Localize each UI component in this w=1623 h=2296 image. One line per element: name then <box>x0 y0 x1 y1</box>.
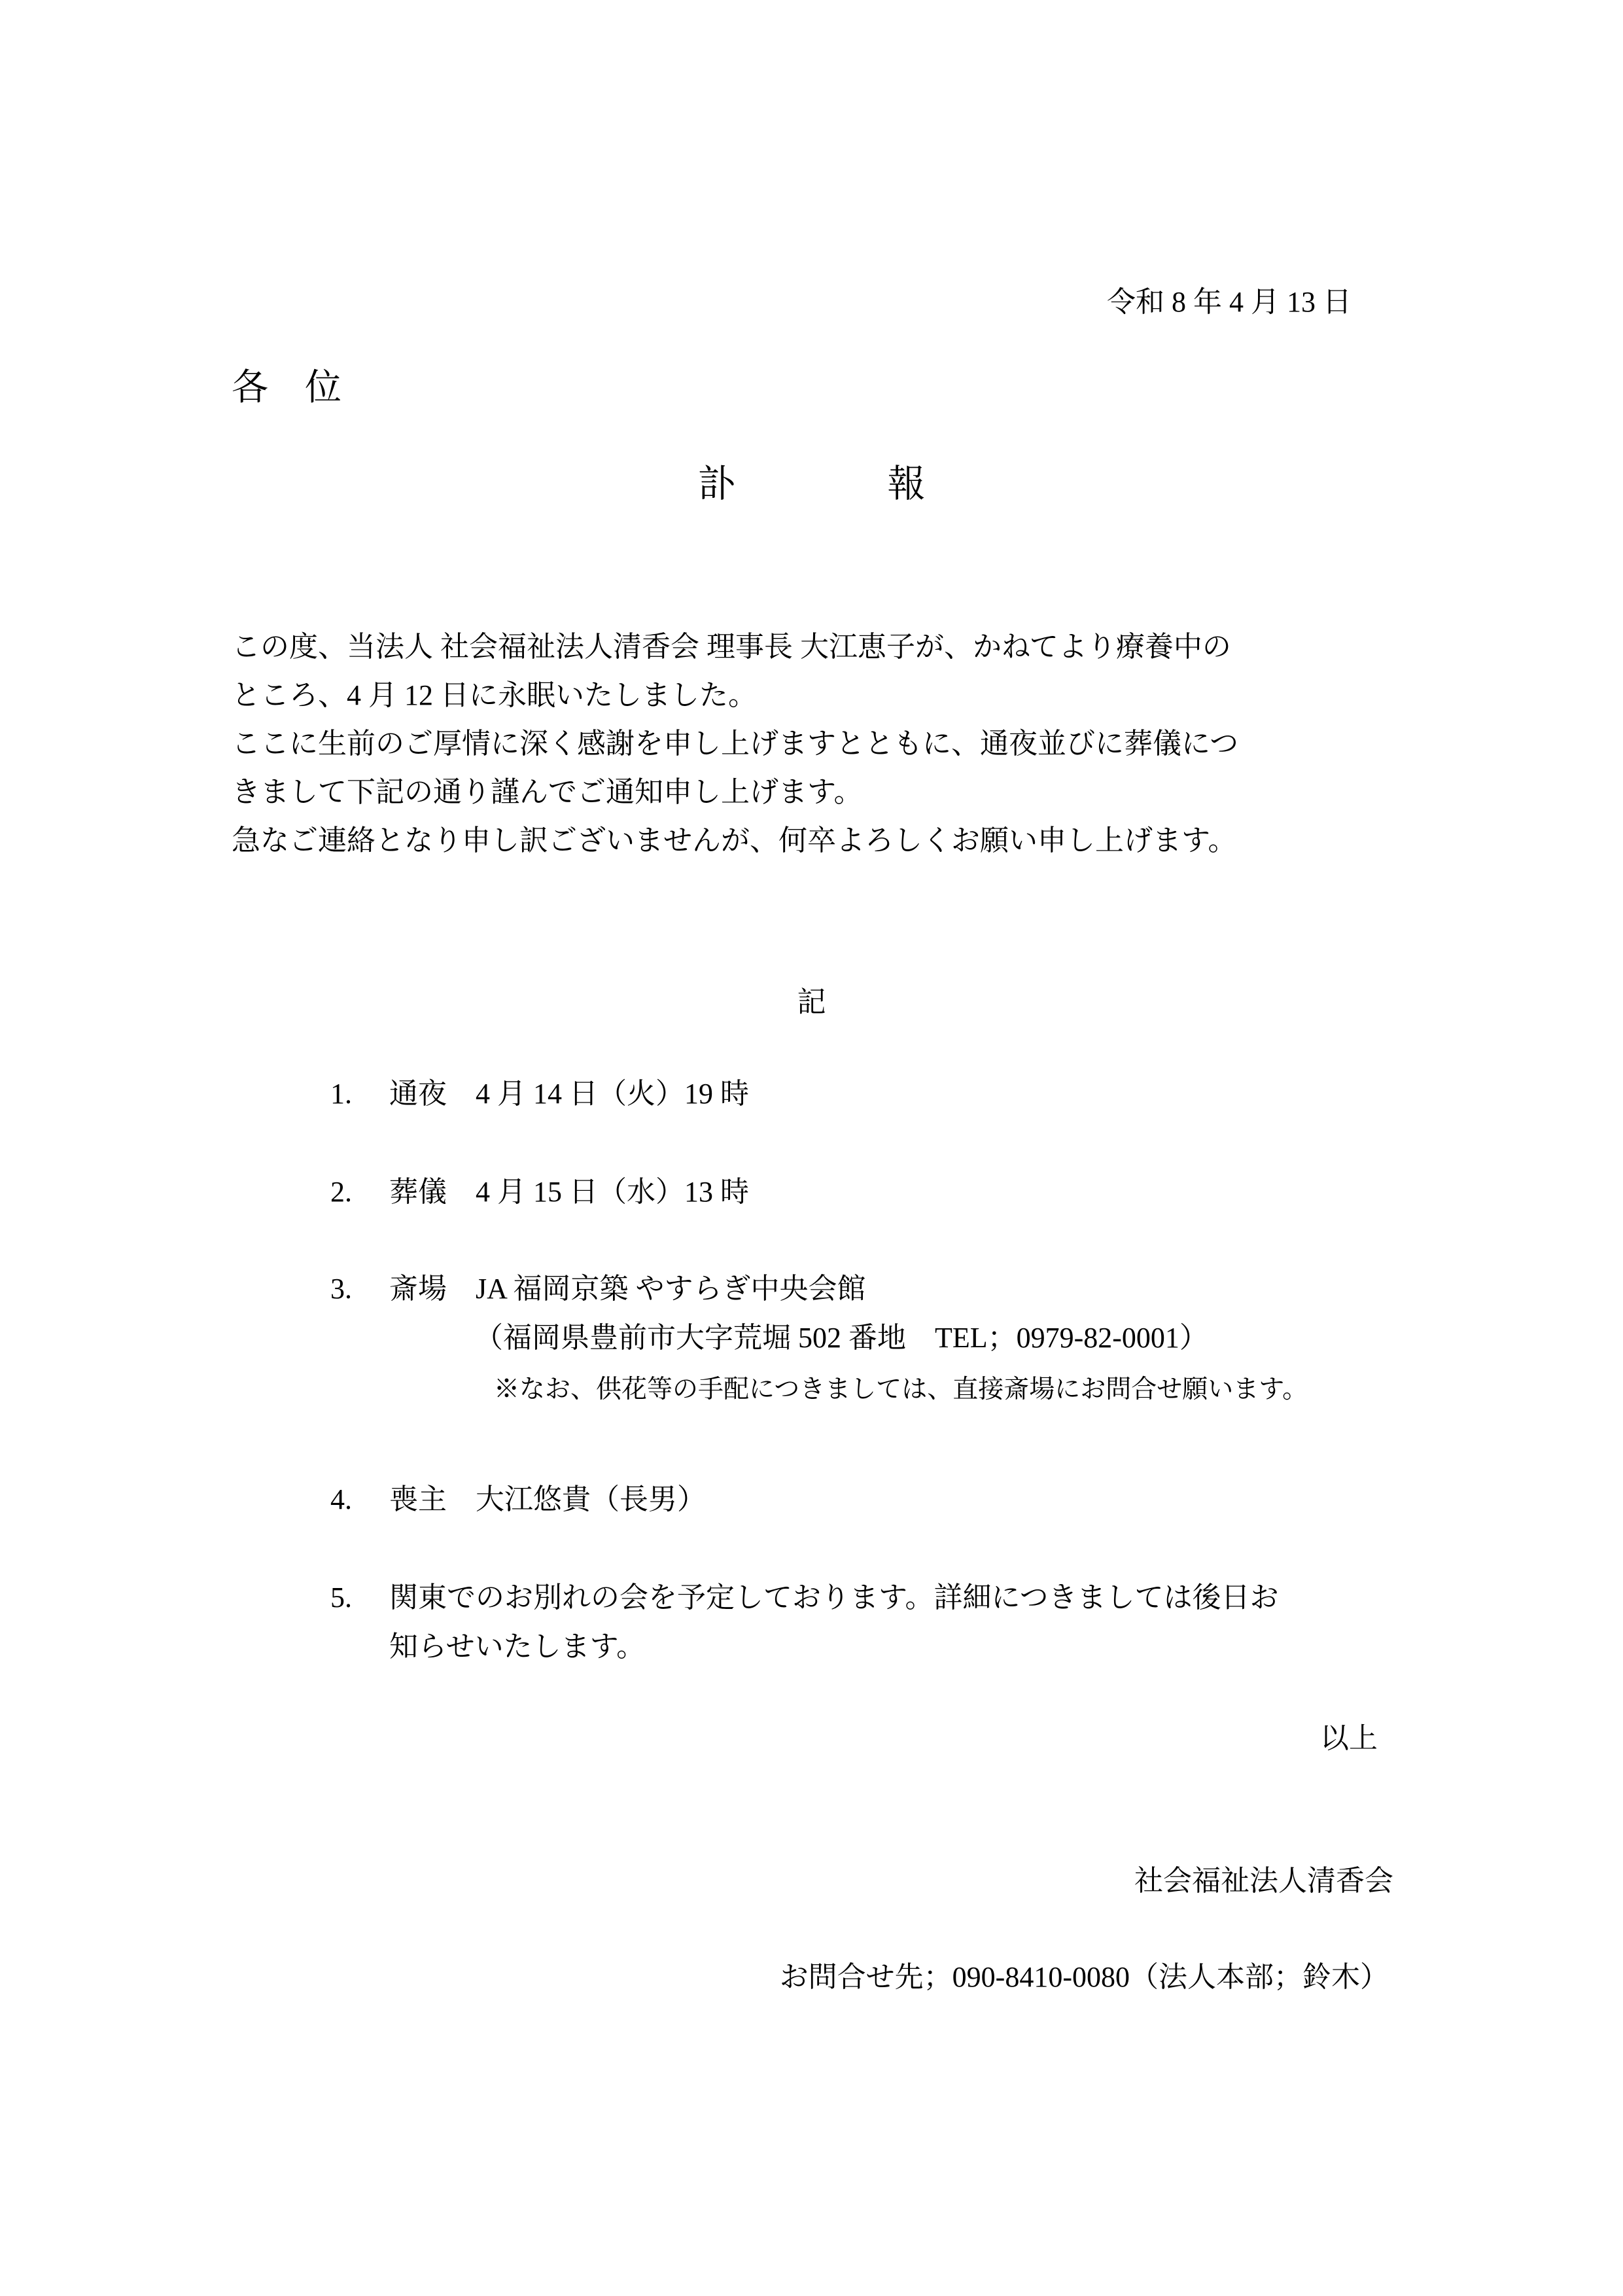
list-item-farewell-gathering: 5.関東でのお別れの会を予定しております。詳細につきましては後日お <box>330 1574 1279 1616</box>
obituary-notice-page: 令和 8 年 4 月 13 日 各 位 訃 報 この度、当法人 社会福祉法人清香… <box>0 0 1623 2296</box>
list-item-text: 斎場 JA 福岡京築 やすらぎ中央会館 <box>389 1273 865 1305</box>
body-line: この度、当法人 社会福祉法人清香会 理事長 大江恵子が、かねてより療養中の <box>232 623 1238 671</box>
body-line: 急なご連絡となり申し訳ございませんが、何卒よろしくお願い申し上げます。 <box>232 817 1238 865</box>
closing-marker: 以上 <box>1320 1714 1378 1756</box>
list-item-number: 1. <box>330 1077 389 1110</box>
body-line: きまして下記の通り謹んでご通知申し上げます。 <box>232 768 1238 817</box>
list-item-text: 関東でのお別れの会を予定しております。詳細につきましては後日お <box>389 1581 1279 1614</box>
list-item-text: 通夜 4 月 14 日（火）19 時 <box>389 1078 749 1110</box>
contact-info: お問合せ先；090-8410-0080（法人本部；鈴木） <box>780 1953 1389 1995</box>
list-item-text: 葬儀 4 月 15 日（水）13 時 <box>389 1176 749 1208</box>
body-paragraph: この度、当法人 社会福祉法人清香会 理事長 大江恵子が、かねてより療養中の とこ… <box>232 623 1238 865</box>
list-item-number: 4. <box>330 1483 389 1516</box>
list-item-number: 2. <box>330 1175 389 1209</box>
addressee-heading: 各 位 <box>232 359 341 411</box>
list-item-number: 5. <box>330 1581 389 1614</box>
document-title: 訃 報 <box>0 453 1623 508</box>
body-line: ところ、4 月 12 日に永眠いたしました。 <box>232 671 1238 720</box>
organization-name: 社会福祉法人清香会 <box>1134 1857 1393 1899</box>
venue-note: ※なお、供花等の手配につきましては、直接斎場にお問合せ願います。 <box>494 1369 1308 1405</box>
list-item-wake: 1.通夜 4 月 14 日（火）19 時 <box>330 1070 749 1112</box>
venue-address: （福岡県豊前市大字荒堀 502 番地 TEL；0979-82-0001） <box>474 1314 1208 1356</box>
body-line: ここに生前のご厚情に深く感謝を申し上げますとともに、通夜並びに葬儀につ <box>232 720 1238 768</box>
list-item-funeral: 2.葬儀 4 月 15 日（水）13 時 <box>330 1168 749 1210</box>
document-date: 令和 8 年 4 月 13 日 <box>1107 278 1352 320</box>
list-item-number: 3. <box>330 1272 389 1305</box>
record-section-marker: 記 <box>0 978 1623 1020</box>
list-item-chief-mourner: 4.喪主 大江悠貴（長男） <box>330 1475 706 1517</box>
list-item-venue: 3.斎場 JA 福岡京築 やすらぎ中央会館 <box>330 1265 865 1307</box>
list-item-text-continuation: 知らせいたします。 <box>389 1623 645 1665</box>
list-item-text: 喪主 大江悠貴（長男） <box>389 1483 706 1515</box>
